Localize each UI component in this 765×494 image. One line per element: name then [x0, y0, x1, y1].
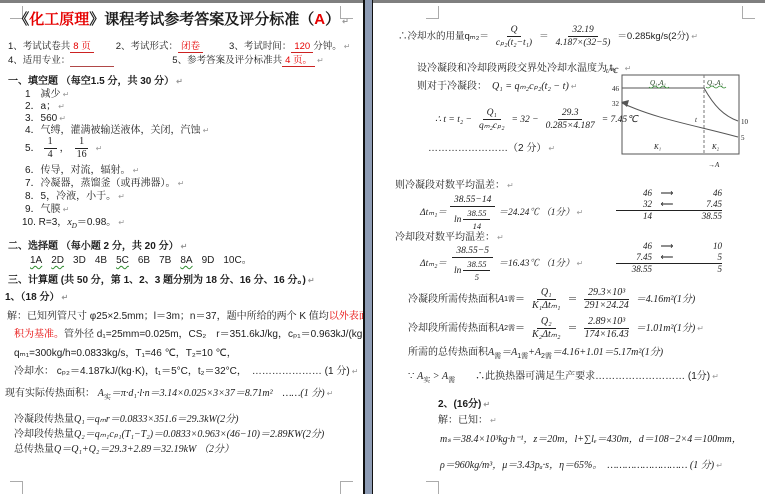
paragraph-mark: ↵: [342, 17, 349, 26]
greater-than: >: [430, 371, 442, 382]
fraction: 38.55−5 ln38.555: [450, 245, 496, 283]
title-text: 》课程考试参考答案及评分标准（: [89, 11, 314, 28]
cell: 32: [616, 199, 652, 210]
cooling-water-curve: [622, 103, 738, 137]
formula-result: ＝4.16m²(1分): [636, 294, 695, 306]
paragraph-mark: ↵: [63, 90, 70, 99]
title-paper-code: A: [314, 11, 325, 28]
cell: 46: [616, 241, 652, 252]
item-text: 8．5，冷液，小于。: [25, 191, 116, 202]
paragraph-mark: ↵: [63, 205, 70, 214]
fill-blank-item: 6．传导，对流，辐射。↵: [25, 165, 139, 177]
meta-value-minutes: 120: [291, 41, 313, 53]
heading-text: 三、计算题 (共 50 分，第 1、2、3 题分别为 18 分、16 分、16 …: [8, 275, 306, 286]
solution-text: 现有实际传热面积：: [5, 388, 98, 399]
lmtd2-temperature-table: 46⟶10 7.45⟵5 38.555: [616, 241, 722, 275]
math: mₛ＝38.4×10³kg·h⁻¹，z＝20m，l+∑lₑ＝430m，d＝108…: [440, 434, 742, 445]
formula-lmtd2: Δtₘ₂＝ 38.55−5 ln38.555 ＝16.43℃ （1分）↵: [420, 245, 583, 283]
solution-text: 总传热量: [14, 444, 54, 455]
title-text: ）: [325, 11, 340, 28]
spacer: [652, 264, 682, 275]
paragraph-mark: ↵: [507, 181, 514, 190]
fraction: 116: [73, 136, 91, 161]
subscript: 实: [104, 394, 111, 401]
denominator: K₂Δtₘ₂: [528, 329, 565, 341]
page-left: 《化工原理》课程考试参考答案及评分标准（A）↵ 1、考试试卷共8 页2、考试形式…: [0, 3, 363, 494]
formula-result: ＝16.43℃ （1分）: [498, 258, 574, 270]
numerator: 1: [75, 136, 88, 149]
subscript: 2需: [504, 323, 515, 335]
item-text: 7．冷凝器，蒸馏釜（或再沸器）。: [25, 178, 176, 189]
label-5: 5: [741, 134, 745, 142]
text: 解：已知：: [438, 415, 488, 426]
section-2-heading: 二、选择题 （每小题 2 分，共 20 分）↵: [8, 241, 187, 253]
paragraph-mark: ↵: [203, 126, 210, 135]
lmtd2-heading: 冷却段对数平均温差：↵: [395, 232, 504, 244]
denominator: 0.285×4.187: [542, 120, 599, 132]
solution-math: Q₂＝qₘ₁cₚ₁(T₁−T₂)＝0.0833×0.963×(46−10)＝2.…: [74, 429, 324, 440]
denominator: qₘ₂cₚ₂: [475, 120, 509, 132]
denominator: ln38.5514: [450, 207, 496, 232]
formula-lmtd1: Δtₘ₁＝ 38.55−14 ln38.5514 ＝24.24℃ （1分）↵: [420, 194, 583, 232]
equals: = 32 −: [512, 114, 539, 126]
equals: ＝: [568, 323, 578, 335]
table-row: 46⟶46: [616, 188, 722, 199]
answer: 9D: [202, 255, 215, 266]
fraction: 29.30.285×4.187: [542, 107, 599, 132]
fraction: Q₁qₘ₂cₚ₂: [475, 107, 509, 132]
paragraph-mark: ↵: [490, 416, 497, 425]
axis-label-temperature: t/℃: [606, 67, 619, 75]
fill-blank-item: 8．5，冷液，小于。↵: [25, 191, 125, 203]
paragraph-mark: ↵: [59, 114, 66, 123]
fill-blank-item: 2．a；↵: [25, 101, 65, 113]
section-1-heading: 一、填空题 （每空1.5 分，共 30 分）↵: [8, 76, 183, 88]
item-number: 5．: [25, 143, 41, 155]
text: 冷凝段所需传热面积: [408, 294, 498, 306]
denominator: cₚ₂(t₂−t₁): [492, 37, 536, 49]
paragraph-mark: ↵: [118, 192, 125, 201]
paragraph-mark: ↵: [176, 77, 183, 86]
left-arrow-icon: ⟵: [652, 252, 682, 263]
solution-text-red: 积为基准。: [14, 329, 64, 340]
given-data-line: ρ＝960kg/m³，μ＝3.43pₐ·s，η＝65%。 ……………………… (…: [440, 460, 723, 472]
formula-result: ＝24.24℃ （1分）: [498, 207, 574, 219]
right-arrow-icon: ⟶: [652, 241, 682, 252]
paragraph-mark: ↵: [716, 461, 723, 470]
solution-line: 现有实际传热面积： A实＝π·d₁·l·n＝3.14×0.025×3×37＝8.…: [5, 388, 333, 404]
fraction: 32.194.187×(32−5): [552, 24, 615, 49]
subscript: 1需: [504, 294, 515, 306]
denominator: 4: [44, 149, 57, 161]
document-view: 《化工原理》课程考试参考答案及评分标准（A）↵ 1、考试试卷共8 页2、考试形式…: [0, 0, 765, 494]
meta-label: 5、参考答案及评分标准共: [172, 55, 282, 66]
numerator: Q₂: [537, 316, 556, 329]
paragraph-mark: ↵: [327, 389, 334, 398]
meta-value-form: 闭卷: [178, 41, 203, 53]
left-arrow-icon: ⟵: [652, 199, 682, 210]
solution-line: 总传热量Q＝Q₁+Q₂＝29.3+2.89＝32.19kW （2分）: [14, 444, 234, 456]
denominator: 16: [73, 149, 91, 161]
item-text: 9．气膜: [25, 204, 61, 215]
answer: 3D: [73, 255, 86, 266]
solution-text: 冷凝段传热量: [14, 414, 74, 425]
solution-text: 管外径 d₁=25mm=0.025m，CS₂ r＝351.6kJ/kg，cₚ₁＝…: [64, 329, 386, 340]
equals: ＝: [568, 294, 578, 306]
subscript: 2需: [541, 353, 552, 360]
numerator: 1: [44, 136, 57, 149]
numerator: 32.19: [568, 24, 597, 37]
label-t-junction: t: [695, 116, 698, 124]
section-3-heading: 三、计算题 (共 50 分，第 1、2、3 题分别为 18 分、16 分、16 …: [8, 275, 315, 287]
denominator: K₁Δtₘ₁: [528, 300, 565, 312]
paragraph-mark: ↵: [691, 31, 698, 43]
solution-math: Q₁＝qₘr＝0.0833×351.6＝29.3kW(2分): [74, 414, 239, 425]
cell: 5: [682, 264, 722, 275]
solution-line: 积为基准。管外径 d₁=25mm=0.025m，CS₂ r＝351.6kJ/kg…: [14, 329, 386, 341]
margin-corner-icon: [426, 6, 439, 19]
text: 则冷凝段对数平均温差：: [395, 180, 505, 191]
meta-value-pages: 8 页: [70, 41, 93, 53]
table-row: 32⟵7.45: [616, 199, 722, 211]
text: 则对于冷凝段：: [417, 81, 492, 92]
paragraph-mark: ↵: [61, 293, 68, 302]
paragraph-mark: ↵: [178, 179, 185, 188]
meta-label: 4、适用专业：: [8, 55, 70, 66]
heading-text: 二、选择题 （每小题 2 分，共 20 分）: [8, 241, 179, 252]
title-course-name: 化工原理: [29, 11, 89, 28]
fraction: 14: [44, 136, 57, 161]
margin-corner-icon: [10, 481, 23, 494]
page-title: 《化工原理》课程考试参考答案及评分标准（A）↵: [0, 14, 363, 28]
solution-line: 冷凝段传热量Q₁＝qₘr＝0.0833×351.6＝29.3kW(2分): [14, 414, 239, 426]
numerator: 29.3: [558, 107, 583, 120]
paragraph-mark: ↵: [548, 144, 555, 153]
fill-blank-item: 3．560↵: [25, 113, 66, 125]
axis-label-area: →A: [708, 161, 720, 169]
paragraph-mark: ↵: [712, 372, 719, 381]
equals: ＝: [501, 347, 511, 358]
formula-result: ＝4.16+1.01＝5.17m²(1分): [552, 347, 663, 358]
formula-result: ＝1.01m²(1分): [636, 323, 695, 335]
denominator: 291×24.24: [581, 300, 633, 312]
formula-result: ＝0.285kg/s(2分): [617, 31, 689, 43]
answer: 1A: [30, 255, 42, 266]
blank-underline: [70, 56, 114, 67]
text: 设冷凝段和冷却段两段交界处冷却水温度为 t。: [417, 63, 623, 74]
ln-symbol: ln: [454, 265, 461, 277]
numerator: 38.55: [463, 258, 490, 271]
formula-water-rate: ∴冷却水的用量qₘ₂＝ Qcₚ₂(t₂−t₁) ＝ 32.194.187×(32…: [398, 24, 698, 49]
paragraph-mark: ↵: [96, 143, 103, 155]
meta-label: 1、考试试卷共: [8, 41, 70, 52]
label-k1: K₁: [653, 143, 661, 151]
paragraph-mark: ↵: [576, 207, 583, 219]
hot-fluid-cooling-curve: [704, 88, 738, 121]
score-line: ……………………（2 分）↵: [428, 143, 555, 155]
label-10: 10: [741, 118, 749, 126]
answer: 5C: [116, 255, 129, 266]
formula-area-1: 冷凝段所需传热面积A1需＝ Q₁K₁Δtₘ₁ ＝ 29.3×10³291×24.…: [408, 287, 695, 312]
fill-blank-item: 9．气膜↵: [25, 204, 69, 216]
text: 冷却段所需传热面积: [408, 323, 498, 335]
denominator: 174×16.43: [581, 329, 633, 341]
tick-46: 46: [612, 85, 620, 93]
paragraph-mark: ↵: [352, 367, 359, 376]
answer: 10C。: [223, 255, 251, 266]
paragraph-mark: ↵: [483, 400, 490, 409]
denominator: 4.187×(32−5): [552, 37, 615, 49]
paragraph-mark: ↵: [308, 276, 315, 285]
numerator: 2.89×10³: [584, 316, 629, 329]
fraction: 29.3×10³291×24.24: [581, 287, 633, 312]
item-text: ＝0.98。: [77, 217, 116, 228]
condensing-equation: 则对于冷凝段： Q₁ = qₘ₂cₚ₂(t₂ − t)↵: [417, 81, 578, 93]
fill-blank-item: 1 减少↵: [25, 89, 69, 101]
cell: 46: [616, 188, 652, 199]
text: ……………………（2 分）: [428, 143, 546, 154]
math: Δtₘ₂＝: [420, 258, 447, 270]
paragraph-mark: ↵: [118, 218, 125, 227]
nested-fraction: 38.5514: [463, 207, 490, 232]
table-row: 7.45⟵5: [616, 252, 722, 264]
margin-corner-icon: [340, 481, 353, 494]
page-right: ∴冷却水的用量qₘ₂＝ Qcₚ₂(t₂−t₁) ＝ 32.194.187×(32…: [373, 3, 765, 494]
fraction: Q₂K₂Δtₘ₂: [528, 316, 565, 341]
meta-label: 3、考试时间：: [229, 41, 291, 52]
diagram-svg: t/℃ 46 32 Q₁,A₁ Q₂,A₂ t 10 5 K₁ K₂ →A: [598, 62, 764, 180]
label-q2-a2: Q₂,A₂: [707, 79, 724, 87]
denominator: 5: [471, 271, 483, 283]
cell: 7.45: [682, 199, 722, 210]
formula-area-2: 冷却段所需传热面积A2需＝ Q₂K₂Δtₘ₂ ＝ 2.89×10³174×16.…: [408, 316, 704, 341]
title-text: 《: [14, 11, 29, 28]
page-gap: [363, 0, 373, 494]
solution-math: Q＝Q₁+Q₂＝29.3+2.89＝32.19kW （2分）: [54, 444, 234, 455]
cell: 5: [682, 252, 722, 263]
solution-line: 冷却水： cₚ₂＝4.187kJ/(kg·K)，t₁＝5°C，t₂＝32°C， …: [14, 366, 358, 378]
numerator: Q₁: [537, 287, 556, 300]
text: 所需的总传热面积: [408, 347, 488, 358]
heading-text: 一、填空题 （每空1.5 分，共 30 分）: [8, 76, 174, 87]
formula-label: ∴冷却水的用量qₘ₂＝: [398, 31, 489, 43]
math: Q₁ = qₘ₂cₚ₂(t₂ − t): [492, 81, 569, 92]
fill-blank-item-fractions: 5． 14 ， 116 ↵: [25, 136, 102, 161]
separator: ，: [60, 143, 70, 155]
formula-total-area: 所需的总传热面积A需＝A1需+A2需＝4.16+1.01＝5.17m²(1分): [408, 347, 663, 363]
fraction: 38.55−14 ln38.5514: [450, 194, 496, 232]
numerator: 38.55−14: [450, 194, 495, 207]
item-text: 2．a；: [25, 101, 56, 112]
equals: ＝: [515, 294, 525, 306]
given-data-line: mₛ＝38.4×10³kg·h⁻¹，z＝20m，l+∑lₑ＝430m，d＝108…: [440, 434, 742, 446]
choice-answers: 1A2D3D4B5C6B7B8A9D10C。: [30, 255, 261, 267]
numerator: Q: [507, 24, 522, 37]
item-text: 1 减少: [25, 89, 61, 100]
solution-text: 解：已知列管尺寸 φ25×2.5mm；l＝3m；n＝37，题中所给的两个 K 值…: [7, 311, 329, 322]
cell: 38.55: [616, 264, 652, 275]
answer: 6B: [138, 255, 150, 266]
solution-text: qₘ₁=300kg/h=0.0833kg/s，T₁=46 ℃，T₂=10 ℃，: [14, 348, 237, 359]
lmtd1-heading: 则冷凝段对数平均温差：↵: [395, 180, 514, 192]
answer: 2D: [51, 255, 64, 266]
item-text: 10. R=3，: [22, 217, 67, 228]
ln-symbol: ln: [454, 214, 461, 226]
answer: 7B: [159, 255, 171, 266]
paragraph-mark: ↵: [576, 258, 583, 270]
math: ∴ t = t₂ −: [435, 114, 472, 126]
item-text: 6．传导，对流，辐射。: [25, 165, 131, 176]
numerator: 38.55−5: [452, 245, 493, 258]
text: ∵: [408, 371, 417, 382]
lmtd1-temperature-table: 46⟶46 32⟵7.45 1438.55: [616, 188, 722, 222]
item-text: 4．气缚，灌满被输送液体，关闭，汽蚀: [25, 125, 201, 136]
paragraph-mark: ↵: [571, 82, 578, 91]
table-row: 46⟶10: [616, 241, 722, 252]
nested-fraction: 38.555: [463, 258, 490, 283]
solution-line: 解：已知：↵: [438, 415, 497, 427]
fraction: 2.89×10³174×16.43: [581, 316, 633, 341]
solution-text: 冷却水： cₚ₂＝4.187kJ/(kg·K)，t₁＝5°C，t₂＝32°C， …: [14, 366, 350, 377]
table-row: 38.555: [616, 264, 722, 275]
numerator: Q₁: [483, 107, 501, 120]
question-1-heading: 1、（18 分）↵: [5, 292, 68, 304]
denominator: ln38.555: [450, 258, 496, 283]
heading-text: 2、(16分): [438, 399, 481, 410]
temperature-profile-diagram: t/℃ 46 32 Q₁,A₁ Q₂,A₂ t 10 5 K₁ K₂ →A: [598, 62, 764, 185]
margin-corner-icon: [426, 481, 439, 494]
spacer: [652, 211, 682, 222]
cell: 38.55: [682, 211, 722, 222]
meta-label: 2、考试形式：: [116, 41, 178, 52]
fill-blank-item: 7．冷凝器，蒸馏釜（或再沸器）。↵: [25, 178, 184, 190]
table-row: 1438.55: [616, 211, 722, 222]
fraction: Qcₚ₂(t₂−t₁): [492, 24, 536, 49]
right-arrow-icon: ⟶: [652, 188, 682, 199]
equals: ＝: [539, 31, 549, 43]
conclusion-line: ∵ A实 > A需 ∴此换热器可满足生产要求……………………… (1分)↵: [408, 371, 719, 387]
cell: 46: [682, 188, 722, 199]
margin-corner-icon: [742, 6, 755, 19]
plus: +: [528, 347, 535, 358]
solution-math: ＝π·d₁·l·n＝3.14×0.025×3×37＝8.71m² ……(1 分): [111, 388, 325, 399]
tick-32: 32: [612, 100, 620, 108]
paragraph-mark: ↵: [344, 42, 351, 51]
fill-blank-item: 10. R=3，xD＝0.98。↵: [22, 217, 125, 232]
numerator: 29.3×10³: [584, 287, 629, 300]
item-text: 3．560: [25, 113, 57, 124]
paragraph-mark: ↵: [181, 242, 188, 251]
exam-meta-line-1: 1、考试试卷共8 页2、考试形式：闭卷3、考试时间：120分钟。↵: [8, 41, 350, 53]
exam-meta-line-2: 4、适用专业：5、参考答案及评分标准共4 页。↵: [8, 55, 324, 67]
question-2-heading: 2、(16分)↵: [438, 399, 490, 411]
paragraph-mark: ↵: [317, 56, 324, 65]
cell: 14: [616, 211, 652, 222]
math: ρ＝960kg/m³，μ＝3.43pₐ·s，η＝65%。 ……………………… (…: [440, 460, 714, 471]
denominator: 14: [469, 220, 486, 232]
math: Δtₘ₁＝: [420, 207, 447, 219]
cell: 10: [682, 241, 722, 252]
answer: 4B: [95, 255, 107, 266]
paragraph-mark: ↵: [58, 102, 65, 111]
cell: 7.45: [616, 252, 652, 263]
meta-label: 分钟。: [313, 41, 342, 52]
numerator: 38.55: [463, 207, 490, 220]
paragraph-mark: ↵: [133, 166, 140, 175]
paragraph-mark: ↵: [697, 323, 704, 335]
subscript: 1需: [517, 353, 528, 360]
solution-line: 冷却段传热量Q₂＝qₘ₁cₚ₁(T₁−T₂)＝0.0833×0.963×(46−…: [14, 429, 324, 441]
fraction: Q₁K₁Δtₘ₁: [528, 287, 565, 312]
solution-text: 冷却段传热量: [14, 429, 74, 440]
equals: ＝: [515, 323, 525, 335]
paragraph-mark: ↵: [497, 233, 504, 242]
heading-text: 1、（18 分）: [5, 292, 59, 303]
solution-line: qₘ₁=300kg/h=0.0833kg/s，T₁=46 ℃，T₂=10 ℃，: [14, 348, 237, 360]
label-k2: K₂: [711, 143, 720, 151]
meta-value-answer-pages: 4 页。: [282, 55, 315, 67]
answer: 8A: [180, 255, 192, 266]
solution-line: 解：已知列管尺寸 φ25×2.5mm；l＝3m；n＝37，题中所给的两个 K 值…: [7, 311, 369, 323]
text: 冷却段对数平均温差：: [395, 232, 495, 243]
text: ∴此换热器可满足生产要求……………………… (1分): [455, 371, 710, 382]
